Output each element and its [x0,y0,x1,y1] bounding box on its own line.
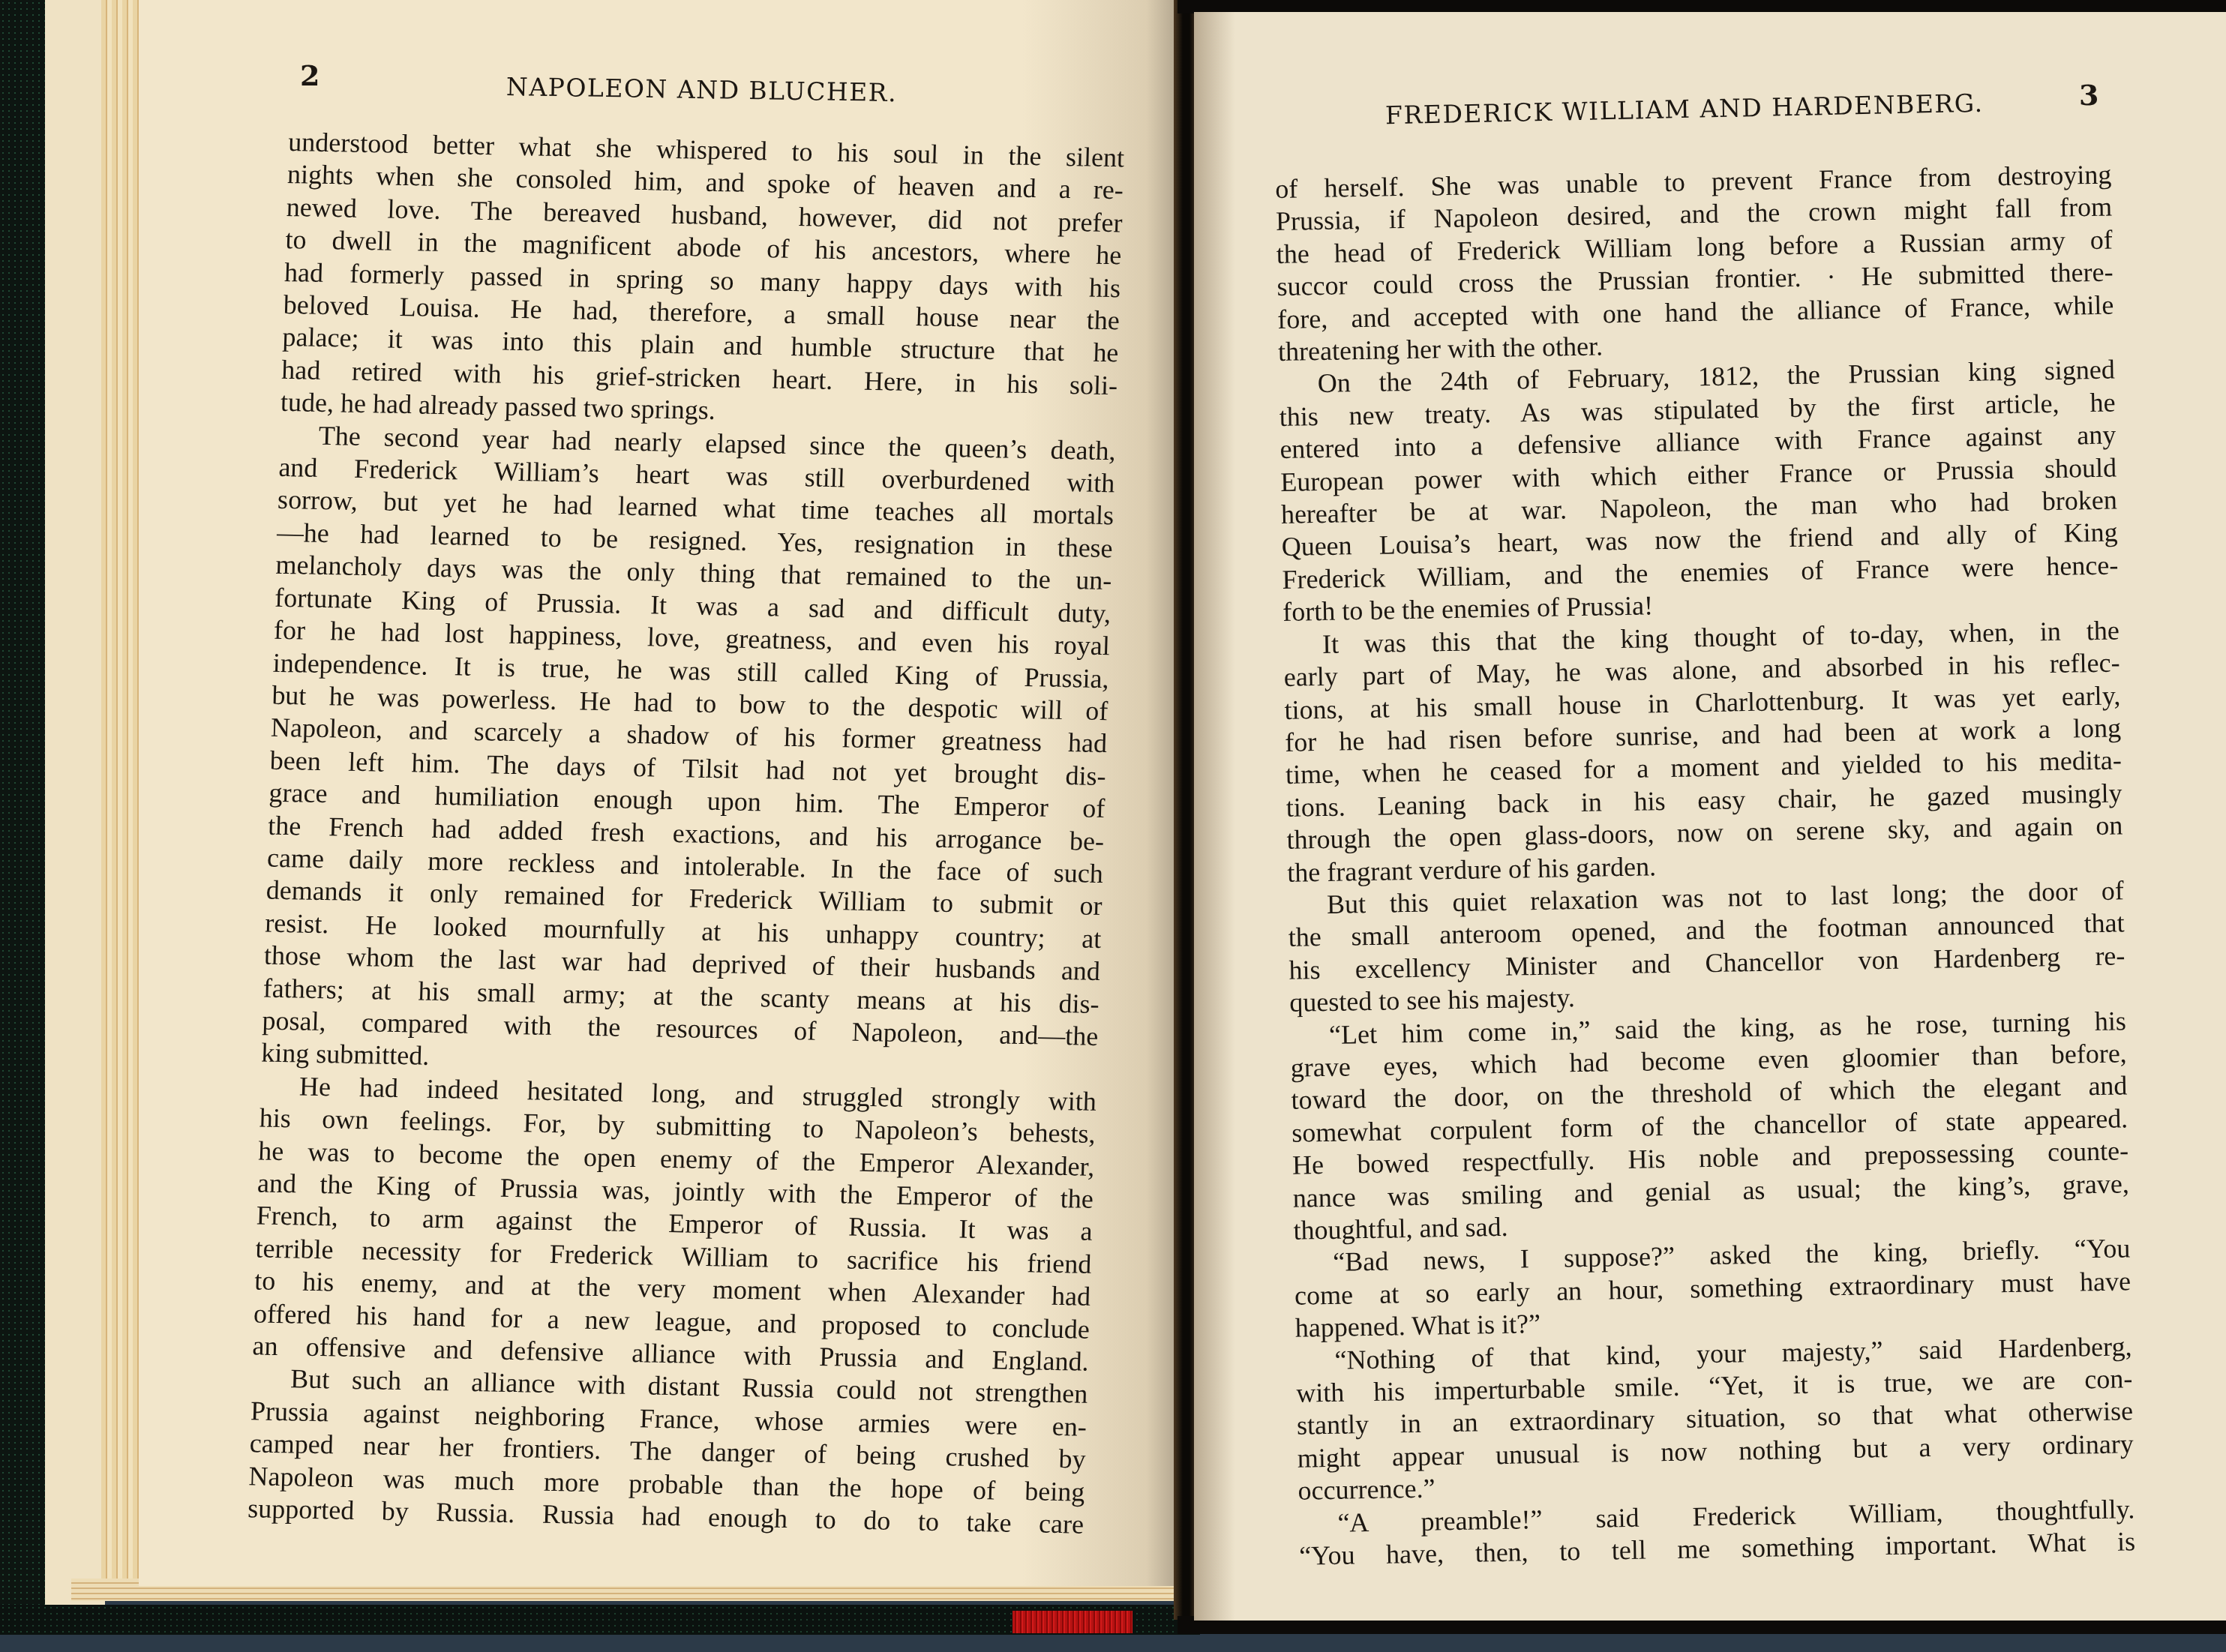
endpaper-margin [45,0,105,1605]
left-page-body: understood better what she whispered to … [247,126,1125,1541]
book-gutter [1174,0,1196,1620]
running-head-right: FREDERICK WILLIAM AND HARDENBERG. [1385,88,1984,130]
right-page-body: of herself. She was unable to prevent Fr… [1275,159,2135,1573]
stacked-page-edges [101,0,142,1594]
left-page: 2 NAPOLEON AND BLUCHER. understood bette… [139,0,1177,1586]
page-number-right: 3 [2079,78,2098,112]
running-head-left: NAPOLEON AND BLUCHER. [506,72,898,107]
right-page: FREDERICK WILLIAM AND HARDENBERG. 3 of h… [1194,12,2226,1621]
book-cover-cloth [0,0,48,1612]
red-headband [1012,1611,1132,1633]
page-number-left: 2 [300,58,319,92]
